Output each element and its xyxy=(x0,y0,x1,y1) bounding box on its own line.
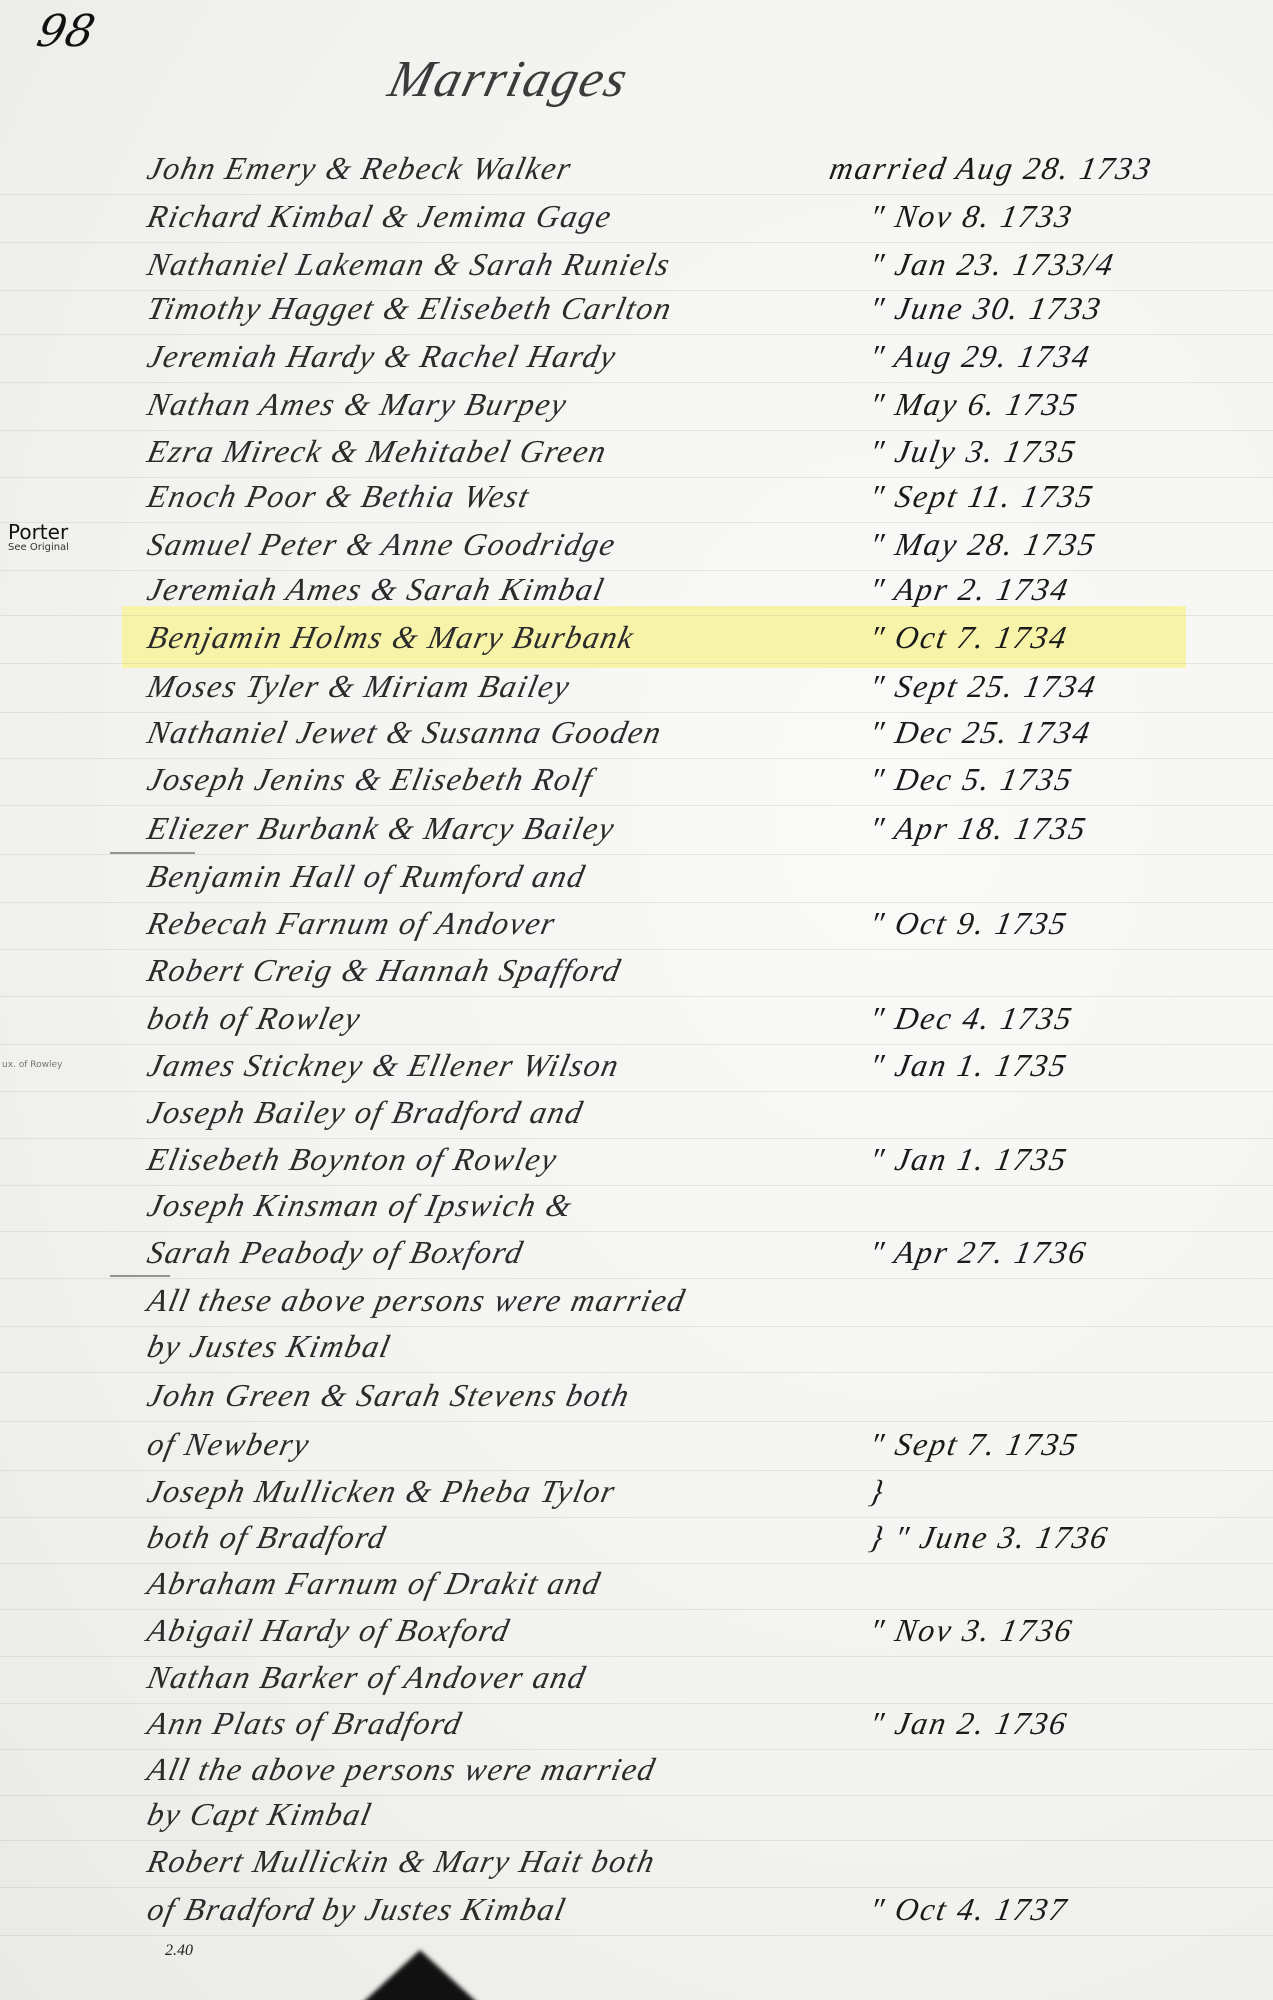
entry-names: All the above persons were married xyxy=(144,1751,659,1788)
entry-names: both of Bradford xyxy=(144,1519,390,1556)
marriage-entry: Nathaniel Jewet & Susanna Gooden" Dec 25… xyxy=(0,714,1273,760)
entry-names: Eliezer Burbank & Marcy Bailey xyxy=(144,810,619,847)
marriage-entry: Ann Plats of Bradford" Jan 2. 1736 xyxy=(0,1705,1273,1751)
entry-names: Joseph Bailey of Bradford and xyxy=(144,1094,587,1131)
ruled-line xyxy=(0,1749,1273,1750)
ruled-line xyxy=(0,1372,1273,1373)
entry-names: Robert Creig & Hannah Spafford xyxy=(144,952,625,989)
ruled-line xyxy=(0,712,1273,713)
entry-date: " June 30. 1733 xyxy=(867,290,1105,327)
marriage-entry: Nathan Ames & Mary Burpey" May 6. 1735 xyxy=(0,386,1273,432)
entry-names: by Justes Kimbal xyxy=(144,1328,395,1365)
entry-date: " Dec 5. 1735 xyxy=(867,761,1076,798)
binding-shadow xyxy=(360,1950,480,2000)
marriage-entry: Benjamin Hall of Rumford and xyxy=(0,858,1273,904)
entry-names: Enoch Poor & Bethia West xyxy=(144,478,533,515)
ruled-line xyxy=(0,334,1273,335)
marriage-entry: Robert Creig & Hannah Spafford xyxy=(0,952,1273,998)
marriage-entry: Robert Mullickin & Mary Hait both xyxy=(0,1843,1273,1889)
marriage-entry: Joseph Kinsman of Ipswich & xyxy=(0,1187,1273,1233)
entry-date: " Sept 7. 1735 xyxy=(867,1426,1082,1463)
ruled-line xyxy=(0,194,1273,195)
marriage-entry: Joseph Mullicken & Pheba Tylor} xyxy=(0,1473,1273,1519)
marriage-entry: Eliezer Burbank & Marcy Bailey" Apr 18. … xyxy=(0,810,1273,856)
entry-date: " Jan 1. 1735 xyxy=(867,1047,1071,1084)
entry-date: " May 28. 1735 xyxy=(867,526,1100,563)
entry-names: Ann Plats of Bradford xyxy=(144,1705,466,1742)
entry-names: Nathan Ames & Mary Burpey xyxy=(144,386,571,423)
marriage-entry: James Stickney & Ellener Wilson" Jan 1. … xyxy=(0,1047,1273,1093)
marriage-entry: both of Bradford} " June 3. 1736 xyxy=(0,1519,1273,1565)
entry-names: John Green & Sarah Stevens both xyxy=(144,1377,634,1414)
entry-names: by Capt Kimbal xyxy=(144,1796,376,1833)
entry-names: James Stickney & Ellener Wilson xyxy=(144,1047,623,1084)
marriage-entry: Richard Kimbal & Jemima Gage" Nov 8. 173… xyxy=(0,198,1273,244)
entry-names: Jeremiah Hardy & Rachel Hardy xyxy=(144,338,620,375)
entry-date: " May 6. 1735 xyxy=(867,386,1082,423)
ruled-line xyxy=(0,1656,1273,1657)
entry-names: Sarah Peabody of Boxford xyxy=(144,1234,527,1271)
entry-date: " July 3. 1735 xyxy=(867,433,1080,470)
page-title: Marriages xyxy=(383,50,635,109)
entry-date: " Apr 27. 1736 xyxy=(867,1234,1090,1271)
entry-date: } xyxy=(867,1473,888,1510)
ruled-line xyxy=(0,1887,1273,1888)
marriage-entry: Jeremiah Hardy & Rachel Hardy" Aug 29. 1… xyxy=(0,338,1273,384)
entry-names: Nathaniel Jewet & Susanna Gooden xyxy=(144,714,666,751)
ruled-line xyxy=(0,1138,1273,1139)
entry-names: Nathaniel Lakeman & Sarah Runiels xyxy=(144,246,674,283)
ruled-line xyxy=(0,1609,1273,1610)
entry-names: Elisebeth Boynton of Rowley xyxy=(144,1141,561,1178)
entry-names: Joseph Mullicken & Pheba Tylor xyxy=(144,1473,619,1510)
entry-names: Joseph Jenins & Elisebeth Rolf xyxy=(144,761,597,798)
ruled-line xyxy=(0,242,1273,243)
ruled-line xyxy=(0,1935,1273,1936)
marriage-entry: John Green & Sarah Stevens both xyxy=(0,1377,1273,1423)
ruled-line xyxy=(0,382,1273,383)
entry-date: " Jan 1. 1735 xyxy=(867,1141,1071,1178)
entry-names: both of Rowley xyxy=(144,1000,365,1037)
ruled-line xyxy=(0,1278,1273,1279)
entry-names: Moses Tyler & Miriam Bailey xyxy=(144,668,574,705)
marriage-entry: Jeremiah Ames & Sarah Kimbal" Apr 2. 173… xyxy=(0,571,1273,617)
entry-names: Abigail Hardy of Boxford xyxy=(144,1612,513,1649)
entry-names: Benjamin Hall of Rumford and xyxy=(144,858,589,895)
ruled-line xyxy=(0,1470,1273,1471)
entry-names: Rebecah Farnum of Andover xyxy=(144,905,559,942)
entry-date: } " June 3. 1736 xyxy=(867,1519,1112,1556)
entry-date: " Oct 4. 1737 xyxy=(867,1891,1071,1928)
marriage-entry: Abigail Hardy of Boxford" Nov 3. 1736 xyxy=(0,1612,1273,1658)
marriage-entry: Nathaniel Lakeman & Sarah Runiels" Jan 2… xyxy=(0,246,1273,292)
marriage-entry: of Newbery" Sept 7. 1735 xyxy=(0,1426,1273,1472)
entry-date: " Dec 4. 1735 xyxy=(867,1000,1076,1037)
entry-date: " Jan 23. 1733/4 xyxy=(867,246,1118,283)
ruled-line xyxy=(0,1231,1273,1232)
entry-date: " Nov 8. 1733 xyxy=(867,198,1077,235)
ruled-line xyxy=(0,1044,1273,1045)
underline-mark xyxy=(110,852,195,854)
ruled-line xyxy=(0,430,1273,431)
marriage-entry: Joseph Jenins & Elisebeth Rolf" Dec 5. 1… xyxy=(0,761,1273,807)
ruled-line xyxy=(0,1091,1273,1092)
ruled-line xyxy=(0,1703,1273,1704)
entry-date: " Sept 25. 1734 xyxy=(867,668,1100,705)
entry-date: " Apr 18. 1735 xyxy=(867,810,1090,847)
marriage-entry: both of Rowley" Dec 4. 1735 xyxy=(0,1000,1273,1046)
ruled-line xyxy=(0,1517,1273,1518)
entry-names: John Emery & Rebeck Walker xyxy=(144,150,575,187)
marriage-entry: All the above persons were married xyxy=(0,1751,1273,1797)
entry-date: " Aug 29. 1734 xyxy=(867,338,1094,375)
ruled-line xyxy=(0,1185,1273,1186)
ruled-line xyxy=(0,663,1273,664)
entry-date: " Oct 9. 1735 xyxy=(867,905,1071,942)
entry-date: " Sept 11. 1735 xyxy=(867,478,1098,515)
entry-date: " Nov 3. 1736 xyxy=(867,1612,1077,1649)
marriage-entry: by Capt Kimbal xyxy=(0,1796,1273,1842)
marriage-entry: Enoch Poor & Bethia West" Sept 11. 1735 xyxy=(0,478,1273,524)
ruled-line xyxy=(0,758,1273,759)
ruled-line xyxy=(0,1421,1273,1422)
entry-names: Benjamin Holms & Mary Burbank xyxy=(144,619,638,656)
marriage-entry: Samuel Peter & Anne Goodridge" May 28. 1… xyxy=(0,526,1273,572)
marriage-entry: Sarah Peabody of Boxford" Apr 27. 1736 xyxy=(0,1234,1273,1280)
entry-date: " Oct 7. 1734 xyxy=(867,619,1071,656)
entry-names: of Newbery xyxy=(144,1426,314,1463)
marriage-entry: Elisebeth Boynton of Rowley" Jan 1. 1735 xyxy=(0,1141,1273,1187)
entry-names: Robert Mullickin & Mary Hait both xyxy=(144,1843,659,1880)
marriage-entry: Moses Tyler & Miriam Bailey" Sept 25. 17… xyxy=(0,668,1273,714)
ruled-line xyxy=(0,902,1273,903)
entry-names: Richard Kimbal & Jemima Gage xyxy=(144,198,616,235)
entry-date: " Apr 2. 1734 xyxy=(867,571,1072,608)
ruled-line xyxy=(0,1326,1273,1327)
marriage-entry: by Justes Kimbal xyxy=(0,1328,1273,1374)
footer-note: 2.40 xyxy=(165,1942,193,1960)
ruled-line xyxy=(0,996,1273,997)
underline-mark xyxy=(110,1275,170,1277)
marriage-entry: John Emery & Rebeck Walkermarried Aug 28… xyxy=(0,150,1273,196)
entry-names: Timothy Hagget & Elisebeth Carlton xyxy=(144,290,676,327)
marriage-entry: Benjamin Holms & Mary Burbank" Oct 7. 17… xyxy=(0,619,1273,665)
ruled-line xyxy=(0,949,1273,950)
entry-date: " Jan 2. 1736 xyxy=(867,1705,1071,1742)
entry-names: of Bradford by Justes Kimbal xyxy=(144,1891,570,1928)
entry-names: Nathan Barker of Andover and xyxy=(144,1659,590,1696)
entry-names: Samuel Peter & Anne Goodridge xyxy=(144,526,620,563)
entry-names: Jeremiah Ames & Sarah Kimbal xyxy=(144,571,608,608)
ruled-line xyxy=(0,1563,1273,1564)
marriage-entry: Ezra Mireck & Mehitabel Green" July 3. 1… xyxy=(0,433,1273,479)
entry-names: Joseph Kinsman of Ipswich & xyxy=(144,1187,576,1224)
entry-names: Abraham Farnum of Drakit and xyxy=(144,1565,605,1602)
entry-date: married Aug 28. 1733 xyxy=(827,150,1156,187)
entry-date: " Dec 25. 1734 xyxy=(867,714,1094,751)
marriage-entry: Joseph Bailey of Bradford and xyxy=(0,1094,1273,1140)
ruled-line xyxy=(0,615,1273,616)
marriage-entry: Timothy Hagget & Elisebeth Carlton" June… xyxy=(0,290,1273,336)
page-number: 98 xyxy=(33,6,100,57)
marriage-entry: All these above persons were married xyxy=(0,1282,1273,1328)
entry-names: All these above persons were married xyxy=(144,1282,689,1319)
ruled-line xyxy=(0,854,1273,855)
marriage-entry: Abraham Farnum of Drakit and xyxy=(0,1565,1273,1611)
marriage-entry: Rebecah Farnum of Andover" Oct 9. 1735 xyxy=(0,905,1273,951)
ledger-page: 98 Marriages Porter See Original ux. of … xyxy=(0,0,1273,2000)
marriage-entry: Nathan Barker of Andover and xyxy=(0,1659,1273,1705)
ruled-line xyxy=(0,1840,1273,1841)
ruled-line xyxy=(0,805,1273,806)
marriage-entry: of Bradford by Justes Kimbal" Oct 4. 173… xyxy=(0,1891,1273,1937)
ruled-line xyxy=(0,522,1273,523)
entry-names: Ezra Mireck & Mehitabel Green xyxy=(144,433,611,470)
